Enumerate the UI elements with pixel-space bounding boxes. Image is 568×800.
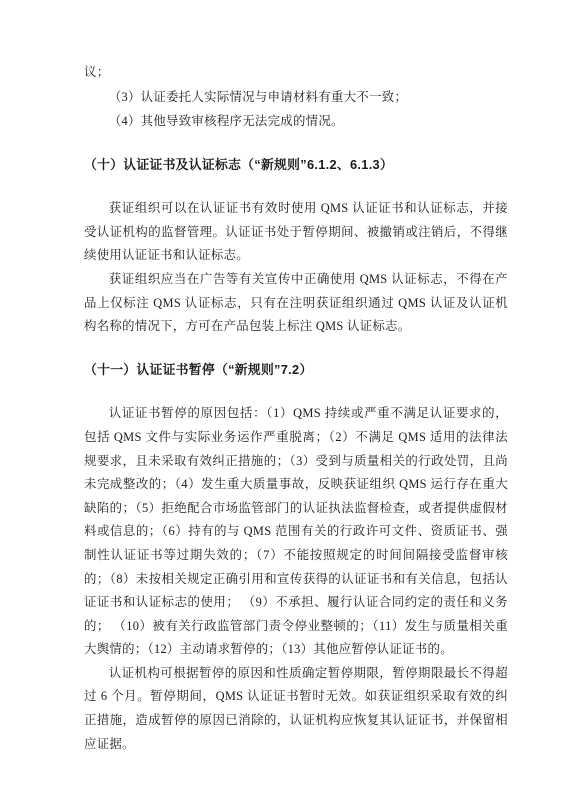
paragraph: 认证机构可根据暂停的原因和性质确定暂停期限，暂停期限最长不得超过 6 个月。暂停… bbox=[84, 662, 508, 756]
carryover-line: 议； bbox=[84, 61, 508, 85]
paragraph: 获证组织可以在认证证书有效时使用 QMS 认证证书和认证标志，并接受认证机构的监… bbox=[84, 197, 508, 268]
paragraph: 获证组织应当在广告等有关宣传中正确使用 QMS 认证标志，不得在产品上仅标注 Q… bbox=[84, 268, 508, 339]
document-page: 议； （3）认证委托人实际情况与申请材料有重大不一致； （4）其他导致审核程序无… bbox=[84, 61, 508, 756]
list-item-3: （3）认证委托人实际情况与申请材料有重大不一致； bbox=[84, 85, 508, 110]
paragraph: 认证证书暂停的原因包括：（1）QMS 持续或严重不满足认证要求的，包括 QMS … bbox=[84, 402, 508, 662]
section-heading-11: （十一）认证证书暂停（“新规则”7.2） bbox=[84, 358, 508, 382]
section-heading-10: （十）认证证书及认证标志（“新规则”6.1.2、6.1.3） bbox=[84, 153, 508, 177]
list-item-4: （4）其他导致审核程序无法完成的情况。 bbox=[84, 109, 508, 134]
